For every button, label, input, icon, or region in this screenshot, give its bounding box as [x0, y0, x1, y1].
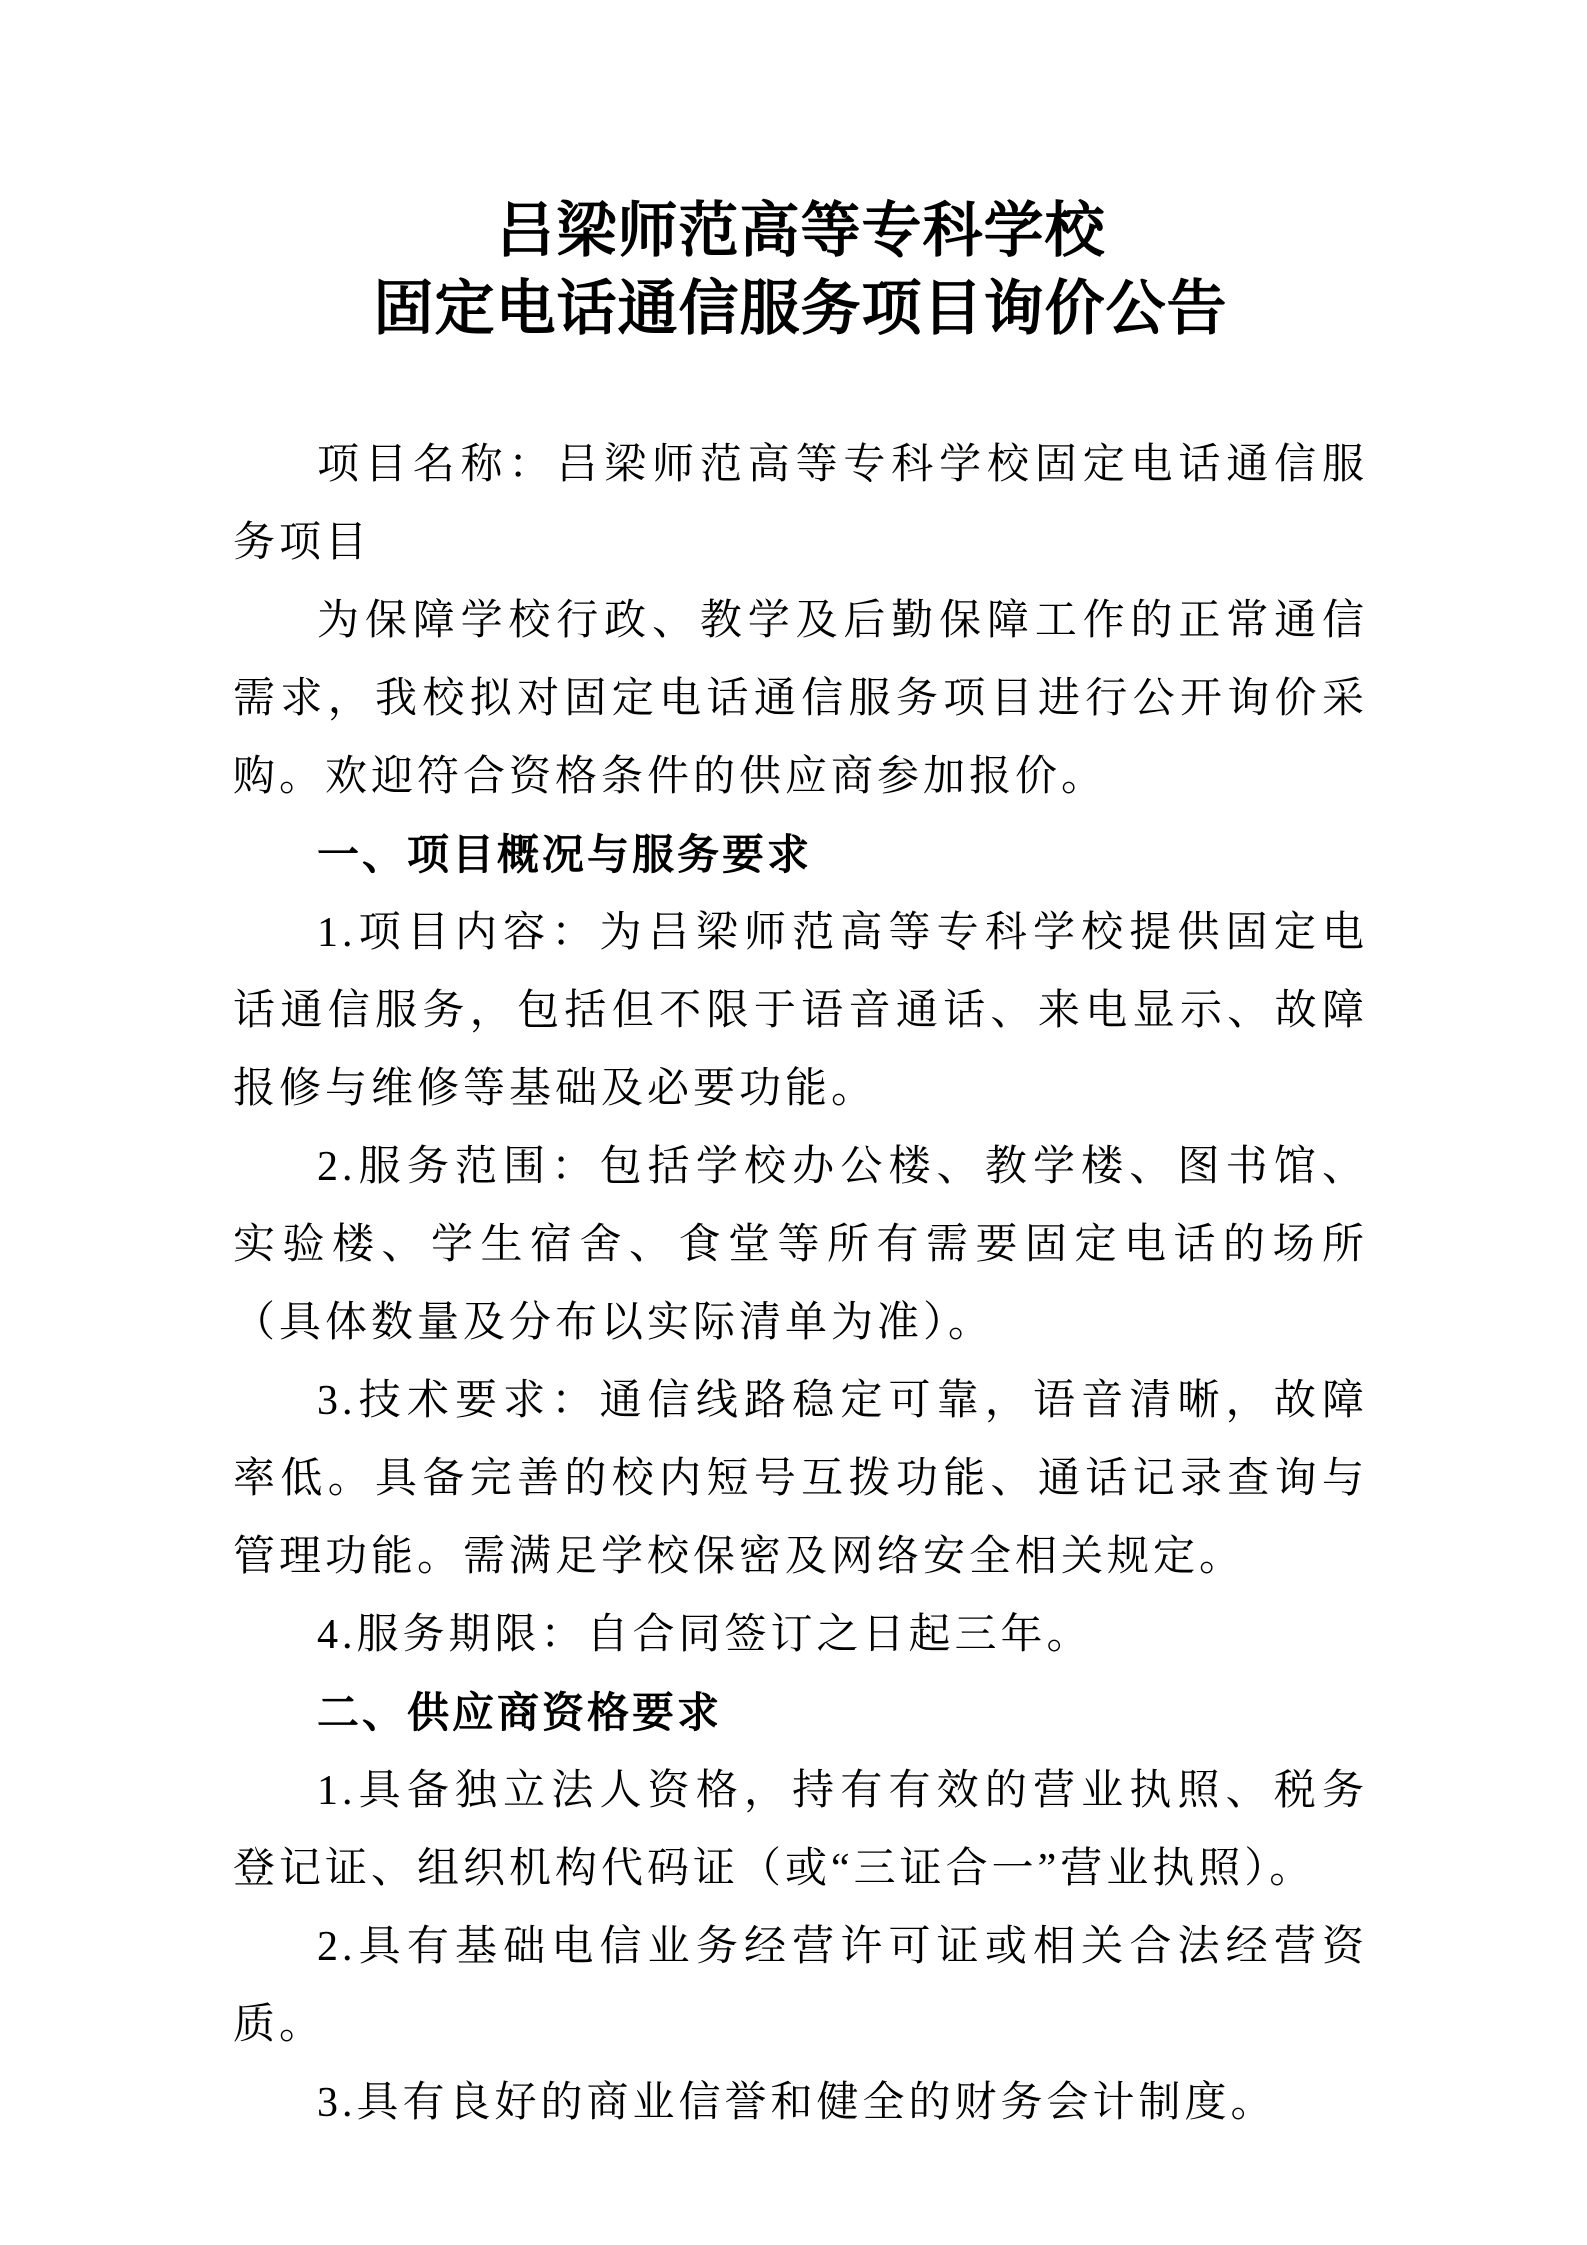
section-heading-1: 一、项目概况与服务要求	[233, 816, 1368, 894]
paragraph-section1-item1: 1.项目内容：为吕梁师范高等专科学校提供固定电话通信服务，包括但不限于语音通话、…	[233, 894, 1368, 1128]
section-heading-2: 二、供应商资格要求	[233, 1674, 1368, 1752]
document-body: 项目名称：吕梁师范高等专科学校固定电话通信服务项目 为保障学校行政、教学及后勤保…	[233, 426, 1368, 2142]
paragraph-section1-item3: 3.技术要求：通信线路稳定可靠，语音清晰，故障率低。具备完善的校内短号互拨功能、…	[233, 1362, 1368, 1596]
document-title: 吕梁师范高等专科学校 固定电话通信服务项目询价公告	[233, 192, 1368, 348]
document-title-line-2: 固定电话通信服务项目询价公告	[233, 270, 1368, 348]
paragraph-section1-item2: 2.服务范围：包括学校办公楼、教学楼、图书馆、实验楼、学生宿舍、食堂等所有需要固…	[233, 1128, 1368, 1362]
paragraph-section2-item1: 1.具备独立法人资格，持有有效的营业执照、税务登记证、组织机构代码证（或“三证合…	[233, 1752, 1368, 1908]
document-title-line-1: 吕梁师范高等专科学校	[233, 192, 1368, 270]
document-content: 吕梁师范高等专科学校 固定电话通信服务项目询价公告 项目名称：吕梁师范高等专科学…	[233, 192, 1368, 2142]
paragraph-section1-item4: 4.服务期限：自合同签订之日起三年。	[233, 1596, 1368, 1674]
document-page: 吕梁师范高等专科学校 固定电话通信服务项目询价公告 项目名称：吕梁师范高等专科学…	[0, 0, 1587, 2245]
paragraph-intro: 为保障学校行政、教学及后勤保障工作的正常通信需求，我校拟对固定电话通信服务项目进…	[233, 582, 1368, 816]
paragraph-section2-item2: 2.具有基础电信业务经营许可证或相关合法经营资质。	[233, 1908, 1368, 2064]
paragraph-project-name: 项目名称：吕梁师范高等专科学校固定电话通信服务项目	[233, 426, 1368, 582]
paragraph-section2-item3: 3.具有良好的商业信誉和健全的财务会计制度。	[233, 2064, 1368, 2142]
